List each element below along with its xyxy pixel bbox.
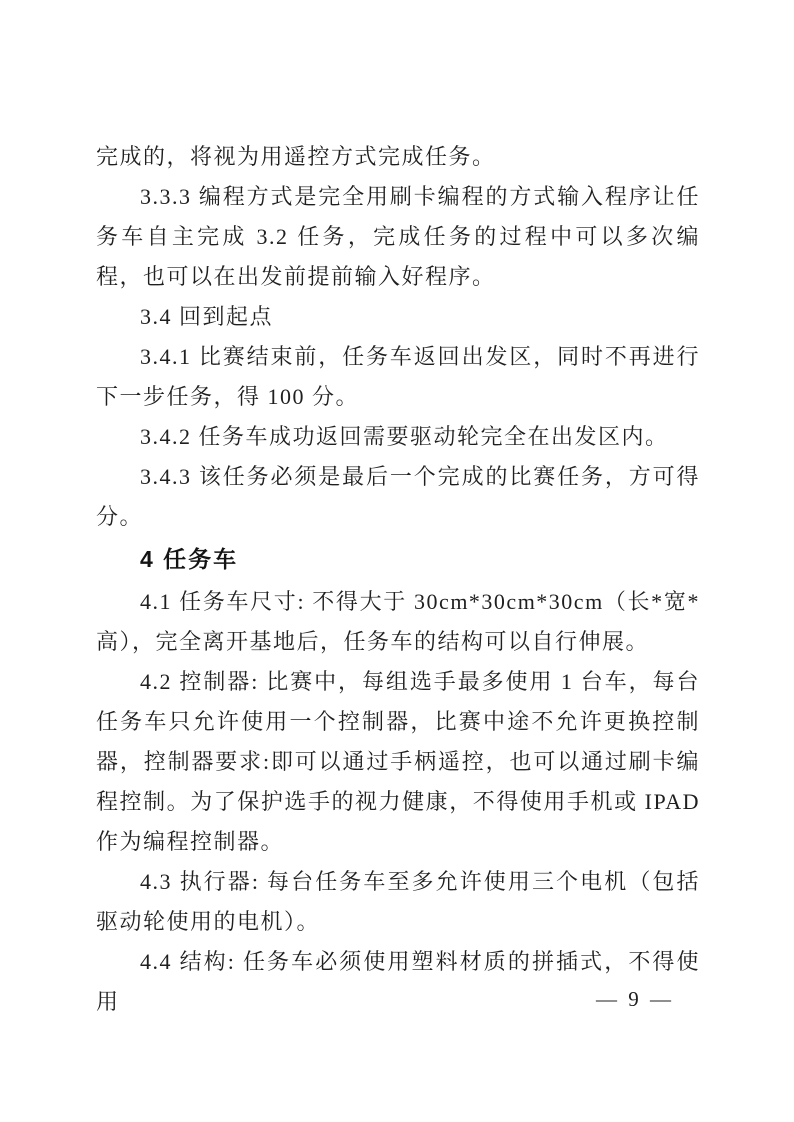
paragraph-clause-4-3: 4.3 执行器: 每台任务车至多允许使用三个电机（包括驱动轮使用的电机）。 <box>96 862 700 942</box>
paragraph-continuation-3-3-2: 完成的，将视为用遥控方式完成任务。 <box>96 137 700 177</box>
page-number: — 9 — <box>596 987 674 1011</box>
paragraph-clause-4-2: 4.2 控制器: 比赛中，每组选手最多使用 1 台车，每台任务车只允许使用一个控… <box>96 662 700 862</box>
paragraph-clause-3-4-3: 3.4.3 该任务必须是最后一个完成的比赛任务，方可得分。 <box>96 457 700 537</box>
document-body: 完成的，将视为用遥控方式完成任务。 3.3.3 编程方式是完全用刷卡编程的方式输… <box>96 137 700 1022</box>
paragraph-clause-3-4-2: 3.4.2 任务车成功返回需要驱动轮完全在出发区内。 <box>96 417 700 457</box>
paragraph-clause-3-4: 3.4 回到起点 <box>96 297 700 337</box>
paragraph-clause-4-1: 4.1 任务车尺寸: 不得大于 30cm*30cm*30cm（长*宽*高），完全… <box>96 582 700 662</box>
page-footer: — 9 — <box>596 986 674 1012</box>
paragraph-clause-3-3-3: 3.3.3 编程方式是完全用刷卡编程的方式输入程序让任务车自主完成 3.2 任务… <box>96 177 700 297</box>
section-heading-4: 4 任务车 <box>96 538 700 580</box>
paragraph-clause-3-4-1: 3.4.1 比赛结束前，任务车返回出发区，同时不再进行下一步任务，得 100 分… <box>96 337 700 417</box>
document-page: 完成的，将视为用遥控方式完成任务。 3.3.3 编程方式是完全用刷卡编程的方式输… <box>0 0 794 1122</box>
